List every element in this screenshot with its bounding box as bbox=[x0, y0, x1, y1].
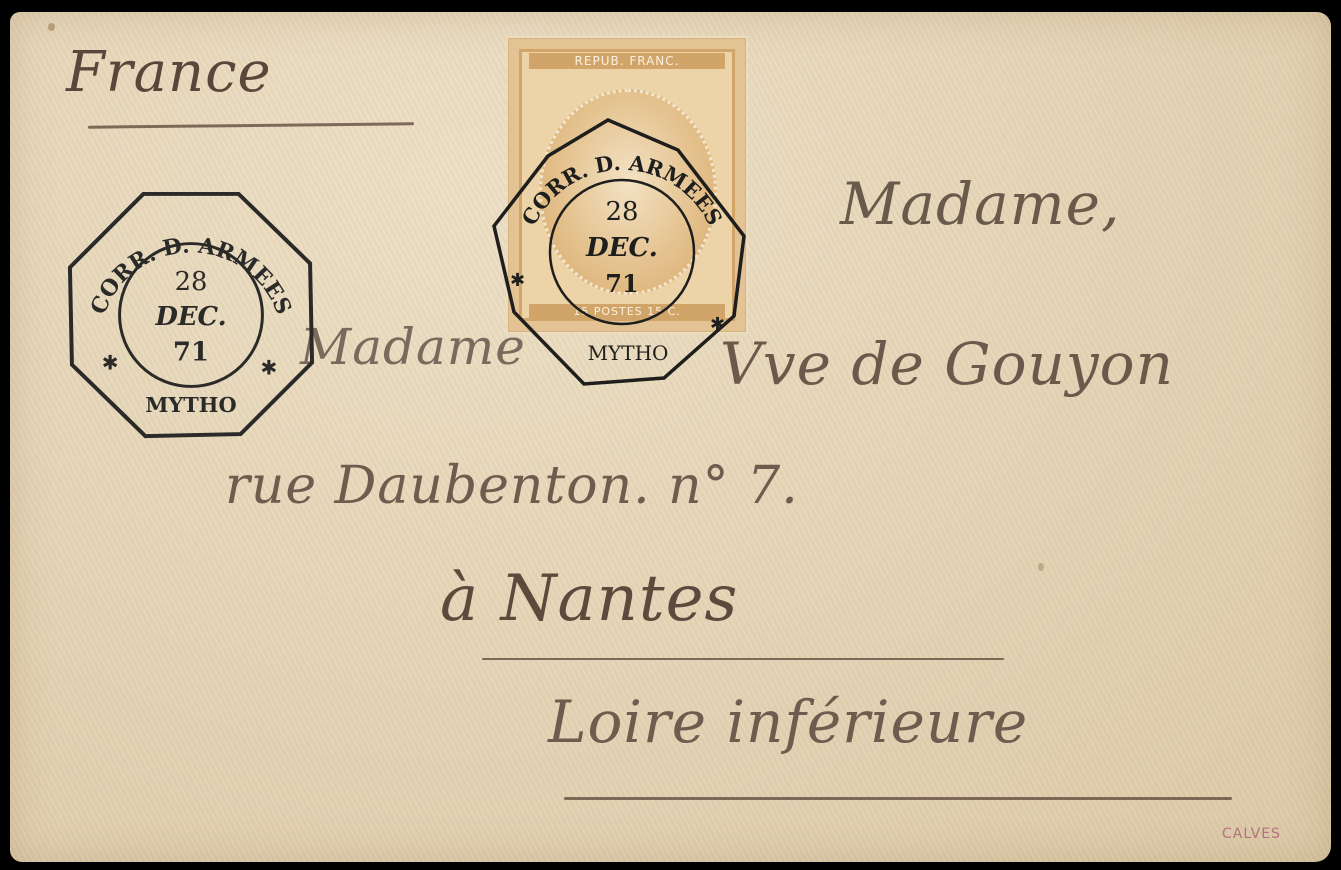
salutation-handwriting: Madame, bbox=[840, 170, 1120, 238]
city-underline bbox=[482, 658, 1004, 660]
svg-text:MYTHO: MYTHO bbox=[588, 341, 669, 365]
svg-text:DEC.: DEC. bbox=[154, 302, 226, 332]
street-handwriting: rue Daubenton. n° 7. bbox=[225, 456, 799, 516]
department-underline bbox=[564, 797, 1232, 800]
svg-text:✱: ✱ bbox=[102, 352, 119, 375]
postmark-on-stamp: CORR. D. ARMEES MYTHO ✱ ✱ 28 DEC. 71 bbox=[488, 116, 756, 388]
recipient-name-handwriting: Vve de Gouyon bbox=[720, 330, 1174, 398]
svg-text:✱: ✱ bbox=[260, 357, 277, 380]
svg-text:28: 28 bbox=[175, 267, 208, 297]
postmark-left: CORR. D. ARMEES MYTHO ✱ ✱ 28 DEC. 71 bbox=[62, 186, 320, 444]
svg-text:✱: ✱ bbox=[710, 314, 725, 335]
svg-text:71: 71 bbox=[605, 269, 638, 298]
ink-spot bbox=[1038, 563, 1044, 571]
svg-text:28: 28 bbox=[605, 197, 638, 227]
origin-note-handwriting: France bbox=[66, 40, 272, 105]
department-handwriting: Loire inférieure bbox=[548, 688, 1028, 756]
octagonal-postmark-svg: CORR. D. ARMEES MYTHO ✱ ✱ 28 DEC. 71 bbox=[488, 116, 756, 388]
city-handwriting: à Nantes bbox=[440, 562, 738, 636]
svg-text:DEC.: DEC. bbox=[585, 233, 658, 263]
dealer-mark: CALVES bbox=[1222, 826, 1281, 842]
svg-text:MYTHO: MYTHO bbox=[145, 392, 236, 417]
svg-text:71: 71 bbox=[173, 338, 209, 368]
stamp-header: REPUB. FRANC. bbox=[529, 53, 725, 69]
ink-spot bbox=[48, 23, 55, 31]
octagonal-postmark-svg: CORR. D. ARMEES MYTHO ✱ ✱ 28 DEC. 71 bbox=[62, 186, 320, 444]
svg-text:✱: ✱ bbox=[510, 270, 525, 291]
